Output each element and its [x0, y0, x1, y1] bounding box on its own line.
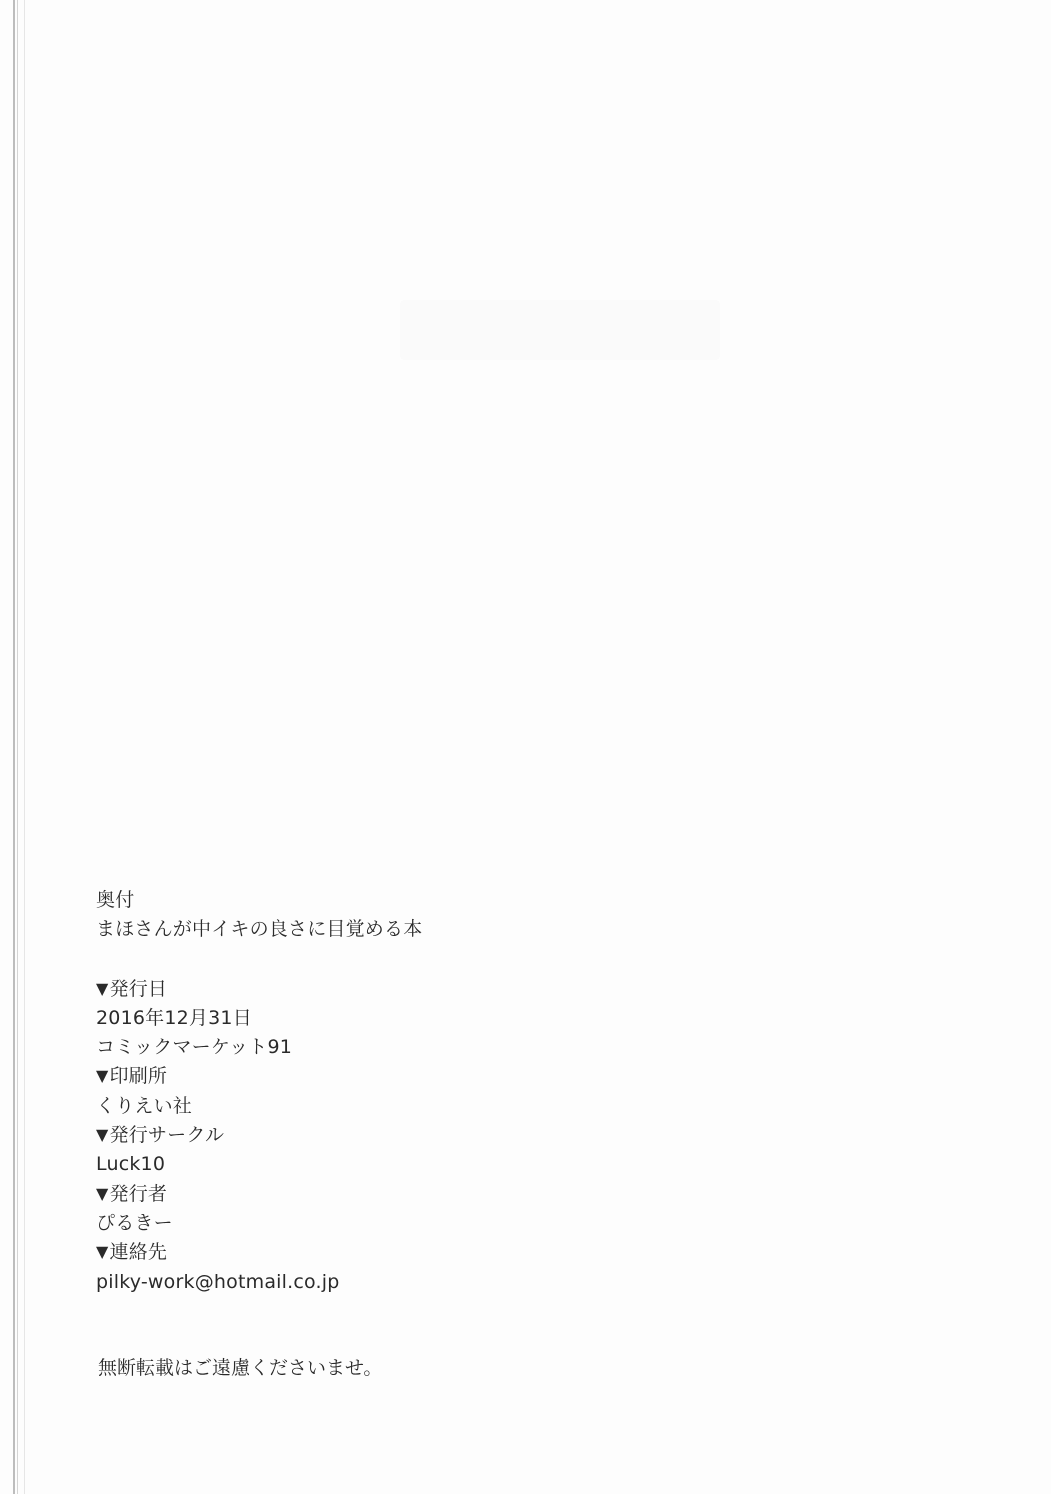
page-edge-line: [13, 0, 15, 1494]
section-heading-printer: ▼印刷所: [96, 1062, 422, 1091]
colophon-title: 奥付: [96, 886, 422, 915]
section-heading-publisher: ▼発行者: [96, 1180, 422, 1209]
section-heading-publish-date: ▼発行日: [96, 975, 422, 1004]
triangle-down-icon: ▼: [96, 974, 109, 1003]
show-through-artifact: [400, 300, 720, 360]
event-value: コミックマーケット91: [96, 1033, 422, 1062]
book-title: まほさんが中イキの良さに目覚める本: [96, 915, 422, 944]
contact-email: pilky-work@hotmail.co.jp: [96, 1268, 422, 1297]
colophon: 奥付 まほさんが中イキの良さに目覚める本 ▼発行日 2016年12月31日 コミ…: [96, 886, 422, 1297]
circle-value: Luck10: [96, 1150, 422, 1179]
triangle-down-icon: ▼: [96, 1120, 109, 1149]
reprint-notice: 無断転載はご遠慮くださいませ。: [98, 1355, 382, 1381]
printer-value: くりえい社: [96, 1092, 422, 1121]
publish-date-value: 2016年12月31日: [96, 1004, 422, 1033]
section-heading-contact: ▼連絡先: [96, 1238, 422, 1267]
page-edge-line: [17, 0, 18, 1494]
spacer: [96, 945, 422, 975]
triangle-down-icon: ▼: [96, 1237, 109, 1266]
triangle-down-icon: ▼: [96, 1179, 109, 1208]
page-edge-line: [24, 0, 25, 1494]
publisher-value: ぴるきー: [96, 1209, 422, 1238]
section-heading-circle: ▼発行サークル: [96, 1121, 422, 1150]
triangle-down-icon: ▼: [96, 1061, 109, 1090]
